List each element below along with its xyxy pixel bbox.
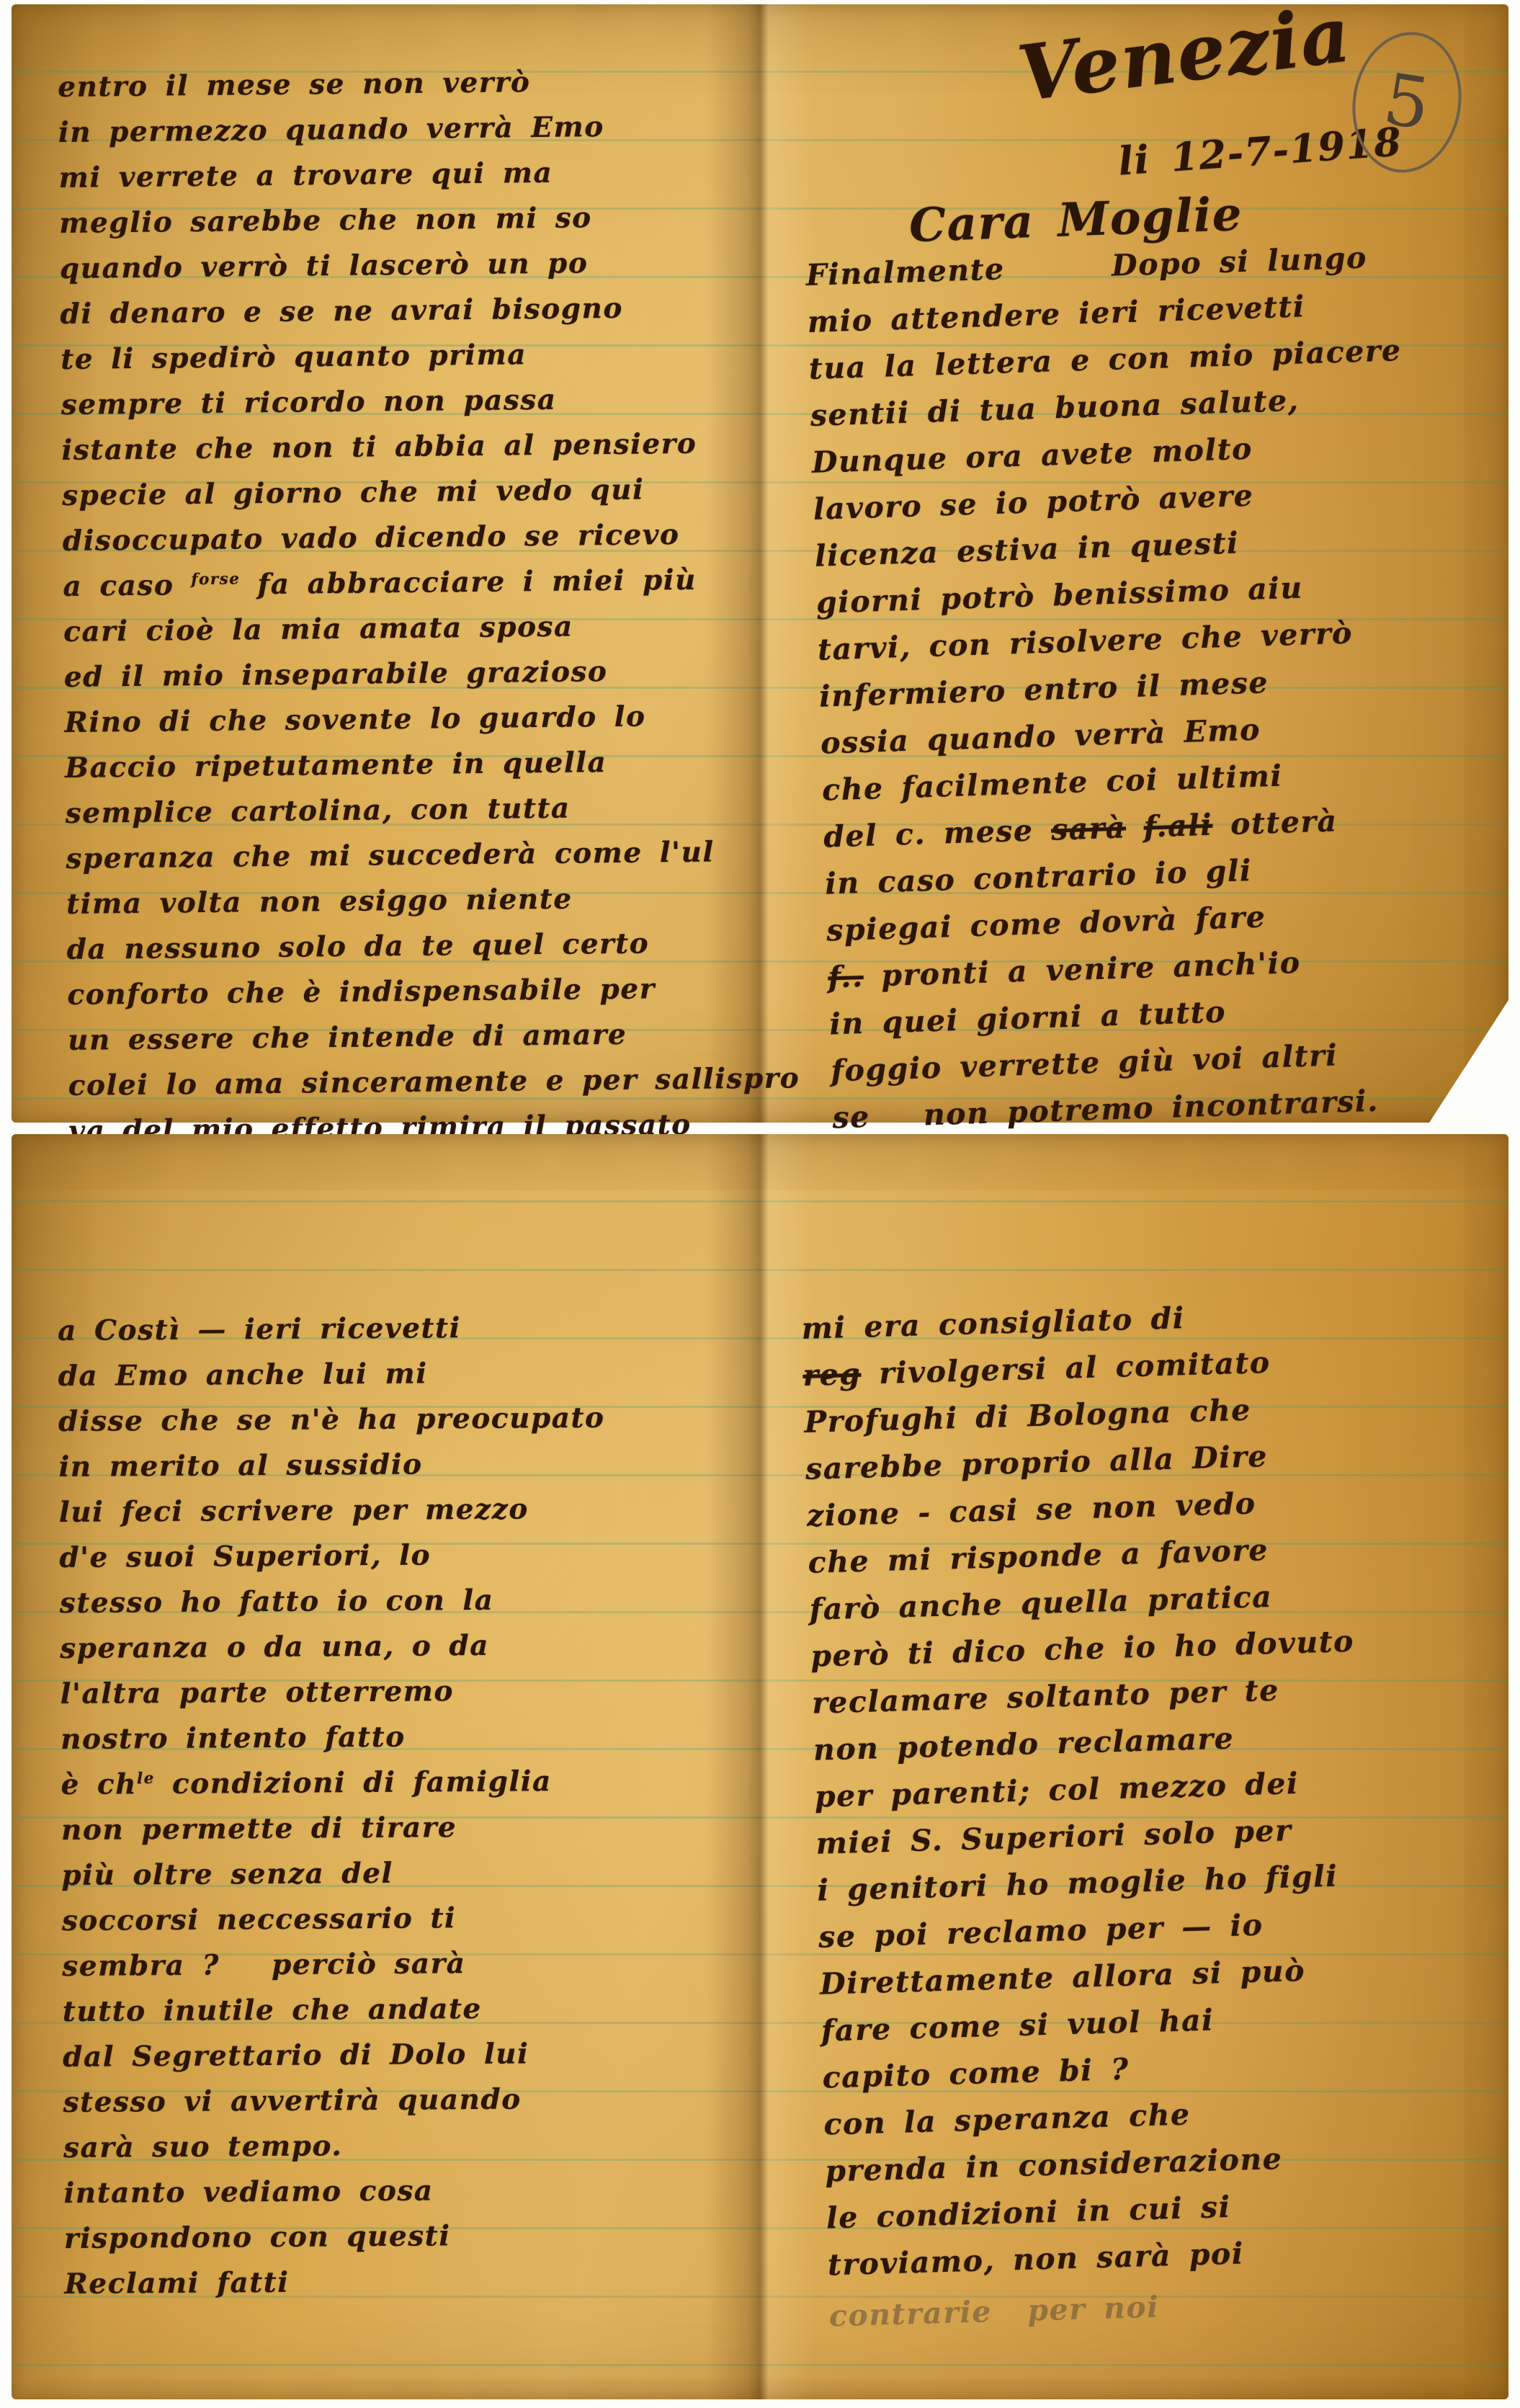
handwritten-line: stesso vi avvertirà quando — [63, 2081, 769, 2131]
handwritten-line: dal Segrettario di Dolo lui — [63, 2035, 769, 2086]
handwritten-line: specie al giorno che mi vedo qui — [62, 472, 769, 525]
handwritten-line: tima volta non esiggo niente — [66, 880, 773, 933]
handwritten-line: sembra ? perciò sarà — [62, 1945, 768, 1995]
letter-sheet-1: entro il mese se non verròin permezzo qu… — [12, 4, 1508, 1123]
handwritten-line: cari cioè la mia amata sposa — [63, 608, 770, 661]
handwritten-line: a Costì — ieri ricevetti — [58, 1309, 764, 1360]
handwritten-line: più oltre senza del — [61, 1854, 767, 1904]
handwritten-line: mi verrete a trovare qui ma — [58, 154, 765, 207]
handwritten-line: rispondono con questi — [64, 2217, 770, 2267]
handwritten-line: meglio sarebbe che non mi so — [59, 200, 766, 252]
handwritten-line: Reclami fatti — [64, 2262, 770, 2313]
handwritten-line: un essere che intende di amare — [68, 1017, 774, 1069]
letter-sheet-2: a Costì — ieri ricevettida Emo anche lui… — [12, 1134, 1508, 2399]
handwritten-line: intanto vediamo cosa — [63, 2172, 769, 2222]
handwritten-line: colei lo ama sinceramente e per sallispr… — [68, 1062, 775, 1115]
handwritten-line: quando verrò ti lascerò un po — [60, 245, 766, 298]
handwritten-line: semplice cartolina, con tutta — [66, 790, 772, 842]
handwritten-line: lui feci scrivere per mezzo — [59, 1491, 765, 1541]
handwritten-line: stesso ho fatto io con la — [60, 1582, 766, 1632]
handwritten-line: in permezzo quando verrà Emo — [58, 109, 765, 161]
page-column-left: a Costì — ieri ricevettida Emo anche lui… — [58, 1309, 771, 2313]
handwritten-line: entro il mese se non verrò — [58, 63, 764, 116]
handwritten-line: conforto che è indispensabile per — [67, 971, 774, 1024]
page-corner — [1429, 1000, 1508, 1123]
page-number: 5 — [1378, 58, 1435, 146]
handwritten-line: speranza che mi succederà come l'ul — [66, 835, 772, 888]
handwritten-line: d'e suoi Superiori, lo — [59, 1536, 765, 1587]
handwritten-line: disse che se n'è ha preocupato — [58, 1400, 764, 1450]
city-header: Venezia — [1013, 0, 1356, 119]
handwritten-line: a caso forse fa abbracciare i miei più — [63, 563, 769, 615]
handwritten-line: Rino di che sovente lo guardo lo — [64, 699, 771, 752]
handwritten-line: soccorsi neccessario ti — [62, 1899, 768, 1950]
salutation: Cara Moglie — [908, 187, 1243, 253]
handwritten-line: disoccupato vado dicendo se ricevo — [63, 517, 769, 570]
handwritten-line: tutto inutile che andate — [63, 1990, 769, 2041]
handwritten-line: di denaro e se ne avrai bisogno — [60, 290, 766, 343]
handwritten-line: te li spedirò quanto prima — [61, 336, 767, 388]
handwritten-line: è chle condizioni di famiglia — [61, 1763, 766, 1814]
handwritten-line: non permette di tirare — [61, 1809, 767, 1859]
handwritten-line: speranza o da una, o da — [60, 1627, 766, 1677]
page-column-right: mi era consigliato direg rivolgersi al c… — [801, 1292, 1520, 2345]
handwritten-line: Baccio ripetutamente in quella — [65, 744, 772, 797]
handwritten-line: nostro intento fatto — [61, 1718, 766, 1768]
handwritten-line: sempre ti ricordo non passa — [61, 381, 768, 434]
handwritten-line: istante che non ti abbia al pensiero — [61, 427, 768, 479]
handwritten-line: l'altra parte otterremo — [61, 1672, 766, 1723]
page-column-left: entro il mese se non verròin permezzo qu… — [58, 63, 775, 1205]
handwritten-line: in merito al sussidio — [58, 1445, 764, 1496]
handwritten-line: da Emo anche lui mi — [58, 1355, 764, 1405]
handwritten-line: sarà suo tempo. — [63, 2126, 769, 2177]
handwritten-line: da nessuno solo da te quel certo — [67, 926, 774, 978]
handwritten-line: ed il mio inseparabile grazioso — [64, 654, 771, 706]
letter-scan: entro il mese se non verròin permezzo qu… — [0, 4, 1520, 2408]
